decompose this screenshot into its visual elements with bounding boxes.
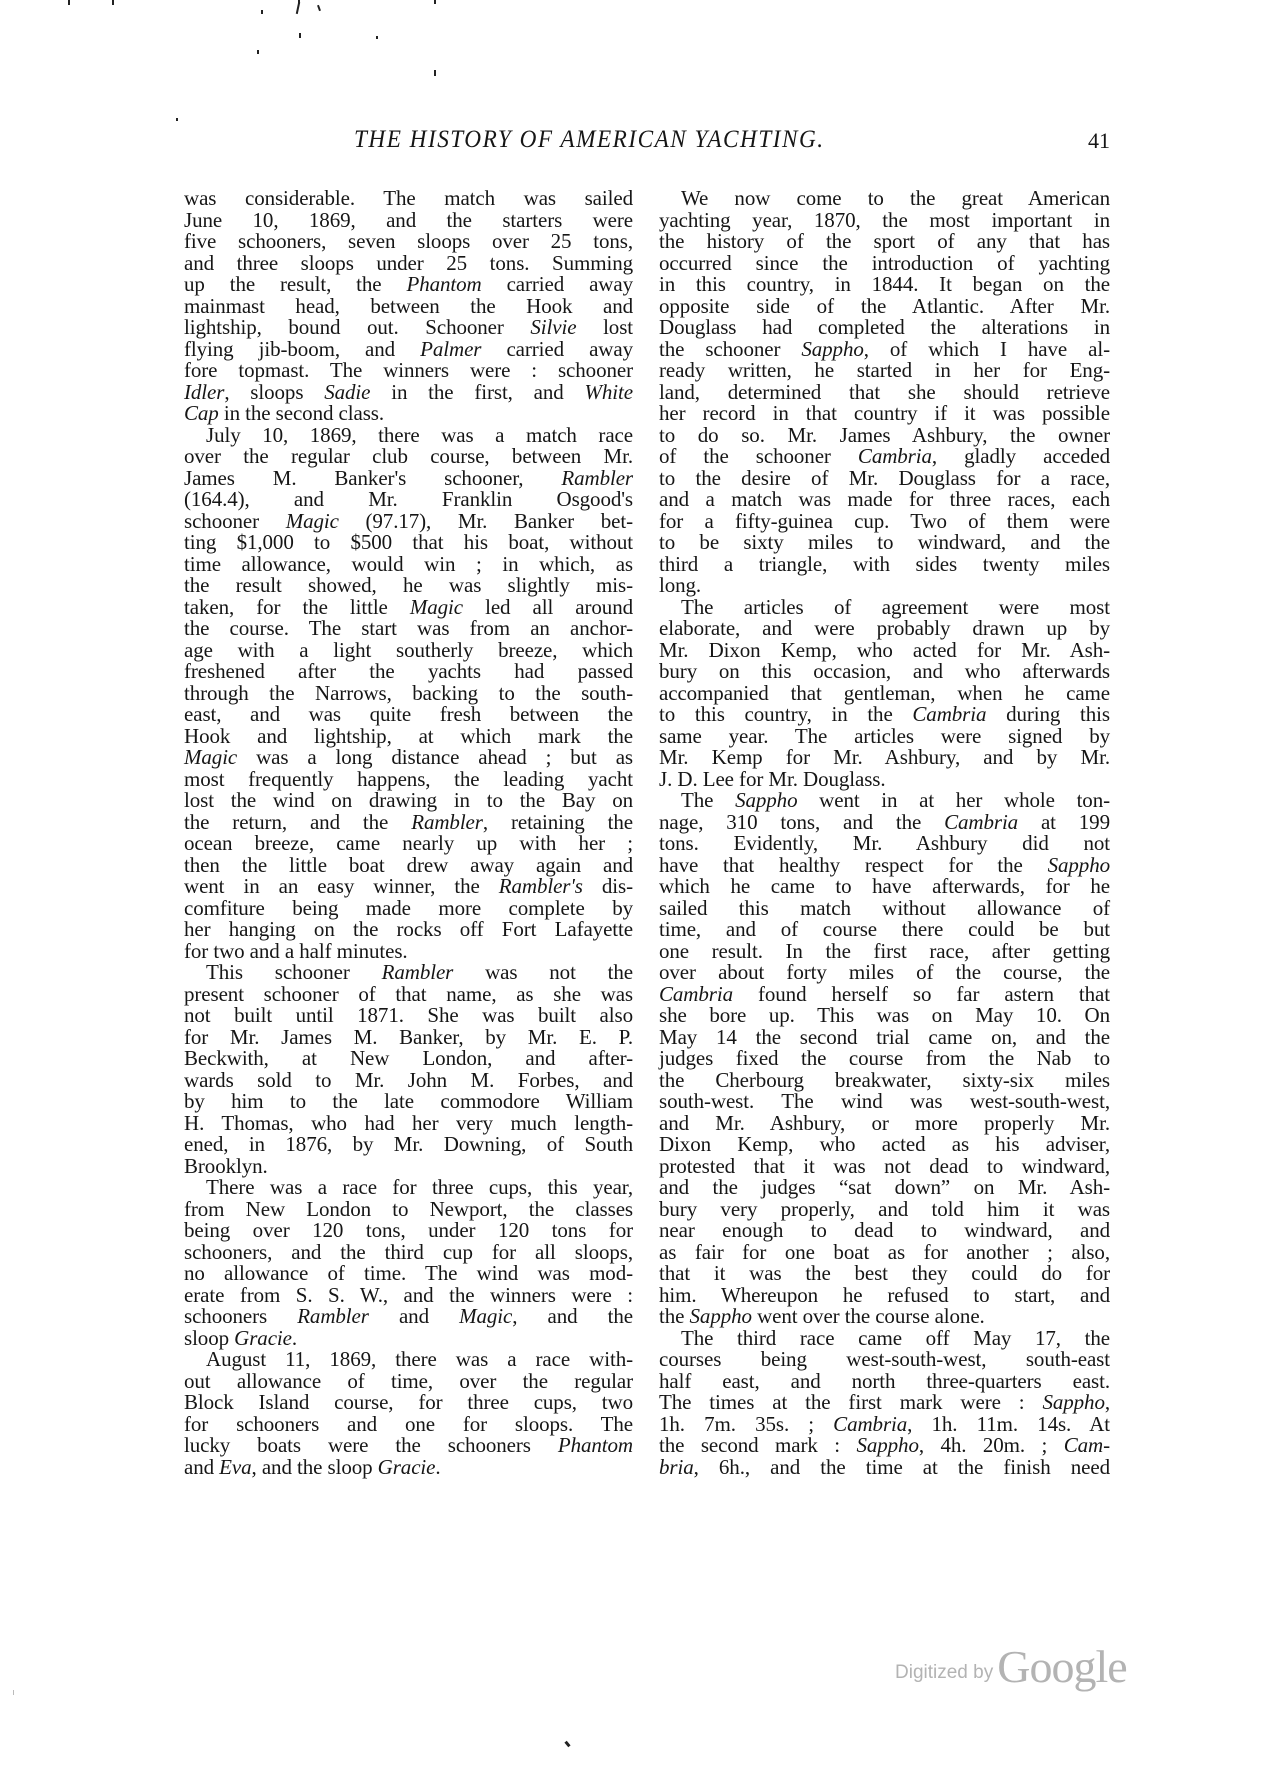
text-line: yachting year, 1870, the most important … [659,210,1110,232]
text-line: her record in that country if it was pos… [659,403,1110,425]
text-line: judges fixed the course from the Nab to [659,1048,1110,1070]
text-line: the result showed, he was slightly mis- [184,575,633,597]
text-line: time, and of course there could be but [659,919,1110,941]
text-line: south-west. The wind was west-south-west… [659,1091,1110,1113]
scan-speck [317,5,321,11]
text-line: fore topmast. The winners were : schoone… [184,360,633,382]
text-line: tons. Evidently, Mr. Ashbury did not [659,833,1110,855]
text-line: age with a light southerly breeze, which [184,640,633,662]
text-line: have that healthy respect for the Sappho [659,855,1110,877]
left-text-column: was considerable. The match was sailedJu… [184,188,633,1478]
text-line: June 10, 1869, and the starters were [184,210,633,232]
digitized-by-google-watermark: Digitized by Google [895,1640,1127,1693]
text-line: to be sixty miles to windward, and the [659,532,1110,554]
text-line: wards sold to Mr. John M. Forbes, and [184,1070,633,1092]
text-line: There was a race for three cups, this ye… [184,1177,633,1199]
text-line: him. Whereupon he refused to start, and [659,1285,1110,1307]
text-line: to the desire of Mr. Douglass for a race… [659,468,1110,490]
text-line: We now come to the great American [659,188,1110,210]
text-line: out allowance of time, over the regular [184,1371,633,1393]
running-title: THE HISTORY OF AMERICAN YACHTING. [354,126,825,154]
text-line: not built until 1871. She was built also [184,1005,633,1027]
scan-speck [296,2,300,14]
scan-speck [299,33,301,38]
text-line: was considerable. The match was sailed [184,188,633,210]
scan-speck [261,10,263,14]
text-line: occurred since the introduction of yacht… [659,253,1110,275]
scan-speck [434,0,436,4]
text-line: and the judges “sat down” on Mr. Ash- [659,1177,1110,1199]
text-line: and three sloops under 25 tons. Summing [184,253,633,275]
text-line: Cap in the second class. [184,403,633,425]
text-line: of the schooner Cambria, gladly acceded [659,446,1110,468]
text-line: that it was the best they could do for [659,1263,1110,1285]
text-line: lucky boats were the schooners Phantom [184,1435,633,1457]
text-line: taken, for the little Magic led all arou… [184,597,633,619]
text-line: went in an easy winner, the Rambler's di… [184,876,633,898]
text-line: up the result, the Phantom carried away [184,274,633,296]
text-line: time allowance, would win ; in which, as [184,554,633,576]
text-line: and Eva, and the sloop Gracie. [184,1457,633,1479]
text-line: the second mark : Sappho, 4h. 20m. ; Cam… [659,1435,1110,1457]
text-line: one result. In the first race, after get… [659,941,1110,963]
text-line: land, determined that she should retriev… [659,382,1110,404]
text-line: bury on this occasion, and who afterward… [659,661,1110,683]
text-line: Idler, sloops Sadie in the first, and Wh… [184,382,633,404]
text-line: and a match was made for three races, ea… [659,489,1110,511]
text-line: sailed this match without allowance of [659,898,1110,920]
text-line: H. Thomas, who had her very much length- [184,1113,633,1135]
text-line: accompanied that gentleman, when he came [659,683,1110,705]
text-line: July 10, 1869, there was a match race [184,425,633,447]
text-line: Beckwith, at New London, and after- [184,1048,633,1070]
text-line: (164.4), and Mr. Franklin Osgood's [184,489,633,511]
text-line: opposite side of the Atlantic. After Mr. [659,296,1110,318]
text-line: ocean breeze, came nearly up with her ; [184,833,633,855]
text-line: as fair for one boat as for another ; al… [659,1242,1110,1264]
text-line: to this country, in the Cambria during t… [659,704,1110,726]
text-line: her hanging on the rocks off Fort Lafaye… [184,919,633,941]
text-line: schooner Magic (97.17), Mr. Banker bet- [184,511,633,533]
scan-speck [376,36,378,39]
text-line: freshened after the yachts had passed [184,661,633,683]
text-line: Brooklyn. [184,1156,633,1178]
text-line: the schooner Sappho, of which I have al- [659,339,1110,361]
text-line: no allowance of time. The wind was mod- [184,1263,633,1285]
text-line: she bore up. This was on May 10. On [659,1005,1110,1027]
text-line: schooners Rambler and Magic, and the [184,1306,633,1328]
text-line: most frequently happens, the leading yac… [184,769,633,791]
text-line: the Cherbourg breakwater, sixty-six mile… [659,1070,1110,1092]
text-line: James M. Banker's schooner, Rambler [184,468,633,490]
scan-speck [13,1690,14,1695]
text-line: erate from S. S. W., and the winners wer… [184,1285,633,1307]
text-line: This schooner Rambler was not the [184,962,633,984]
scan-speck [112,0,114,5]
text-line: Hook and lightship, at which mark the [184,726,633,748]
text-line: in this country, in 1844. It began on th… [659,274,1110,296]
text-line: lost the wind on drawing in to the Bay o… [184,790,633,812]
text-line: the return, and the Rambler, retaining t… [184,812,633,834]
text-line: third a triangle, with sides twenty mile… [659,554,1110,576]
text-line: The articles of agreement were most [659,597,1110,619]
text-line: present schooner of that name, as she wa… [184,984,633,1006]
text-line: The Sappho went in at her whole ton- [659,790,1110,812]
text-line: and Mr. Ashbury, or more properly Mr. [659,1113,1110,1135]
text-line: to do so. Mr. James Ashbury, the owner [659,425,1110,447]
text-line: May 14 the second trial came on, and the [659,1027,1110,1049]
scan-speck [257,50,259,54]
text-line: which he came to have afterwards, for he [659,876,1110,898]
text-line: then the little boat drew away again and [184,855,633,877]
google-logo-text: Google [997,1641,1126,1692]
text-line: ready written, he started in her for Eng… [659,360,1110,382]
text-line: nage, 310 tons, and the Cambria at 199 [659,812,1110,834]
text-line: elaborate, and were probably drawn up by [659,618,1110,640]
text-line: The times at the first mark were : Sapph… [659,1392,1110,1414]
text-line: August 11, 1869, there was a race with- [184,1349,633,1371]
text-line: for two and a half minutes. [184,941,633,963]
text-line: over the regular club course, between Mr… [184,446,633,468]
text-line: over about forty miles of the course, th… [659,962,1110,984]
text-line: lightship, bound out. Schooner Silvie lo… [184,317,633,339]
text-line: protested that it was not dead to windwa… [659,1156,1110,1178]
text-line: east, and was quite fresh between the [184,704,633,726]
book-page: THE HISTORY OF AMERICAN YACHTING. 41 was… [0,0,1275,1778]
text-line: near enough to dead to windward, and [659,1220,1110,1242]
right-text-column: We now come to the great Americanyachtin… [659,188,1110,1478]
text-line: schooners, and the third cup for all slo… [184,1242,633,1264]
text-line: being over 120 tons, under 120 tons for [184,1220,633,1242]
text-line: for schooners and one for sloops. The [184,1414,633,1436]
scan-speck [434,70,436,76]
text-line: Block Island course, for three cups, two [184,1392,633,1414]
text-line: Douglass had completed the alterations i… [659,317,1110,339]
watermark-prefix: Digitized by [895,1662,993,1683]
text-line: Cambria found herself so far astern that [659,984,1110,1006]
text-line: for Mr. James M. Banker, by Mr. E. P. [184,1027,633,1049]
text-line: by him to the late commodore William [184,1091,633,1113]
text-line: Mr. Kemp for Mr. Ashbury, and by Mr. [659,747,1110,769]
running-header: THE HISTORY OF AMERICAN YACHTING. 41 [184,126,1110,158]
scan-speck [68,0,70,5]
text-line: comfiture being made more complete by [184,898,633,920]
text-line: J. D. Lee for Mr. Douglass. [659,769,1110,791]
text-line: from New London to Newport, the classes [184,1199,633,1221]
text-line: long. [659,575,1110,597]
text-line: Dixon Kemp, who acted as his adviser, [659,1134,1110,1156]
text-line: half east, and north three-quarters east… [659,1371,1110,1393]
text-line: ened, in 1876, by Mr. Downing, of South [184,1134,633,1156]
text-line: the Sappho went over the course alone. [659,1306,1110,1328]
scan-speck [176,118,178,121]
text-line: bury very properly, and told him it was [659,1199,1110,1221]
text-line: same year. The articles were signed by [659,726,1110,748]
page-number: 41 [1088,128,1110,154]
text-line: flying jib-boom, and Palmer carried away [184,339,633,361]
text-line: mainmast head, between the Hook and [184,296,633,318]
text-line: for a fifty-guinea cup. Two of them were [659,511,1110,533]
text-line: the history of the sport of any that has [659,231,1110,253]
text-line: courses being west-south-west, south-eas… [659,1349,1110,1371]
text-line: The third race came off May 17, the [659,1328,1110,1350]
text-line: sloop Gracie. [184,1328,633,1350]
text-line: 1h. 7m. 35s. ; Cambria, 1h. 11m. 14s. At [659,1414,1110,1436]
text-line: Mr. Dixon Kemp, who acted for Mr. Ash- [659,640,1110,662]
text-line: the course. The start was from an anchor… [184,618,633,640]
text-line: through the Narrows, backing to the sout… [184,683,633,705]
scan-speck [564,1741,570,1748]
text-line: bria, 6h., and the time at the finish ne… [659,1457,1110,1479]
text-line: Magic was a long distance ahead ; but as [184,747,633,769]
text-line: five schooners, seven sloops over 25 ton… [184,231,633,253]
text-line: ting $1,000 to $500 that his boat, witho… [184,532,633,554]
